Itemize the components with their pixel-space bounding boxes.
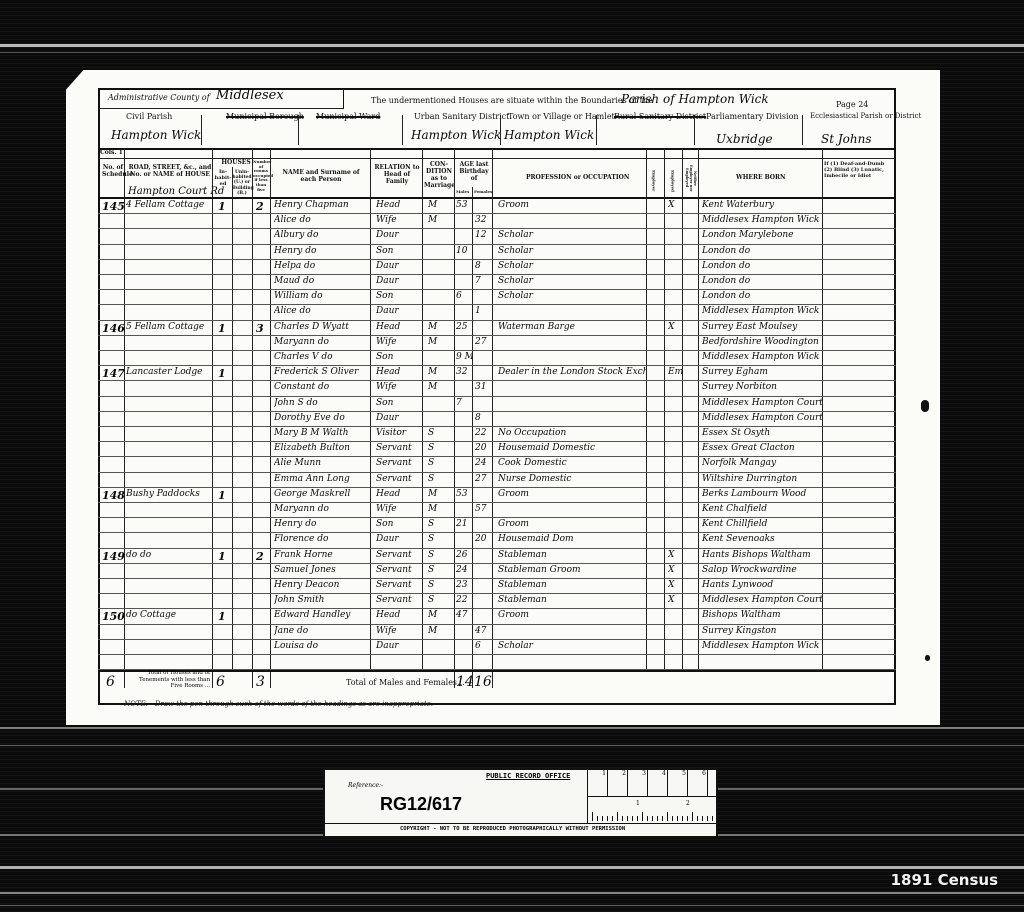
row-divider bbox=[98, 304, 896, 305]
page-number: Page 24 bbox=[836, 100, 868, 109]
relation: Wife bbox=[376, 215, 422, 225]
where-born: Kent Sevenoaks bbox=[702, 534, 822, 544]
where-born: Norfolk Mangay bbox=[702, 458, 822, 468]
division-label-parliamentary: Parliamentary Division bbox=[706, 112, 799, 121]
colhdr-employed: Employed bbox=[670, 170, 675, 192]
female-age: 1 bbox=[475, 306, 491, 316]
colhdr-rooms: Number of rooms occupied if less than fi… bbox=[253, 160, 269, 192]
occupation: Stableman bbox=[498, 595, 646, 605]
occupation: Stableman bbox=[498, 550, 646, 560]
female-age: 8 bbox=[475, 413, 491, 423]
inhabited: 1 bbox=[218, 367, 230, 380]
relation: Daur bbox=[376, 261, 422, 271]
row-divider bbox=[98, 213, 896, 214]
employed-mark: X bbox=[668, 595, 682, 605]
public-record-office-label: PUBLIC RECORD OFFICE bbox=[486, 772, 570, 780]
condition: S bbox=[428, 550, 452, 560]
ruler-tick bbox=[592, 812, 593, 821]
condition: S bbox=[428, 565, 452, 575]
division-label-civil-parish: Civil Parish bbox=[126, 112, 172, 121]
where-born: Hants Lynwood bbox=[702, 580, 822, 590]
row-divider bbox=[98, 517, 896, 518]
schedule-number: 145 bbox=[102, 200, 124, 213]
where-born: Bedfordshire Woodington bbox=[702, 337, 822, 347]
condition: S bbox=[428, 519, 452, 529]
ruler-tick bbox=[602, 816, 603, 821]
occupation: Groom bbox=[498, 519, 646, 529]
relation: Servant bbox=[376, 474, 422, 484]
female-age: 57 bbox=[475, 504, 491, 514]
ruler-tick bbox=[707, 816, 708, 821]
total-females: 16 bbox=[474, 674, 492, 690]
punch-hole bbox=[925, 655, 930, 661]
male-age: 24 bbox=[456, 565, 472, 575]
ruler-tick bbox=[672, 816, 673, 821]
condition: M bbox=[428, 382, 452, 392]
male-age: 9 Mo bbox=[456, 352, 472, 362]
colhdr-houses: HOUSES bbox=[216, 160, 256, 167]
male-age: 22 bbox=[456, 595, 472, 605]
person-name: John S do bbox=[274, 398, 370, 408]
background-stripe bbox=[0, 727, 1024, 729]
division-value-civil-parish: Hampton Wick bbox=[111, 128, 201, 142]
person-name: Frederick S Oliver bbox=[274, 367, 370, 377]
person-name: Elizabeth Bulton bbox=[274, 443, 370, 453]
condition: M bbox=[428, 215, 452, 225]
cm-mark: 6 bbox=[688, 770, 708, 796]
inch-mark: 1 bbox=[636, 800, 640, 807]
person-name: Dorothy Eve do bbox=[274, 413, 370, 423]
row-divider bbox=[98, 274, 896, 275]
division-label-village: Town or Village or Hamlet bbox=[508, 112, 615, 121]
row-divider bbox=[98, 502, 896, 503]
row-divider bbox=[98, 244, 896, 245]
address: 5 Fellam Cottage bbox=[126, 322, 212, 332]
colhdr-road: ROAD, STREET, &c., and No. or NAME of HO… bbox=[126, 165, 214, 179]
reference-label: Reference:- bbox=[348, 782, 383, 789]
census-sheet: Administrative County of Middlesex The u… bbox=[66, 70, 940, 725]
where-born: London do bbox=[702, 246, 822, 256]
person-name: Alie Munn bbox=[274, 458, 370, 468]
female-age: 24 bbox=[475, 458, 491, 468]
employed-mark: X bbox=[668, 322, 682, 332]
condition: M bbox=[428, 504, 452, 514]
colhdr-where-born: WHERE BORN bbox=[736, 175, 786, 182]
reference-number: RG12/617 bbox=[380, 794, 462, 815]
ruler-tick bbox=[702, 816, 703, 821]
relation: Daur bbox=[376, 641, 422, 651]
relation: Servant bbox=[376, 443, 422, 453]
ruler-tick bbox=[597, 816, 598, 821]
ruler-tick bbox=[647, 816, 648, 821]
condition: S bbox=[428, 474, 452, 484]
schedule-number: 147 bbox=[102, 367, 124, 380]
employed-mark: X bbox=[668, 550, 682, 560]
person-name: Charles D Wyatt bbox=[274, 322, 370, 332]
where-born: Middlesex Hampton Court bbox=[702, 398, 822, 408]
row-divider bbox=[98, 411, 896, 412]
relation: Head bbox=[376, 367, 422, 377]
person-name: Louisa do bbox=[274, 641, 370, 651]
relation: Wife bbox=[376, 382, 422, 392]
condition: S bbox=[428, 443, 452, 453]
male-age: 47 bbox=[456, 610, 472, 620]
division-label-rural-sanitary: Rural Sanitary District bbox=[614, 112, 706, 121]
row-divider bbox=[98, 426, 896, 427]
condition: S bbox=[428, 580, 452, 590]
relation: Son bbox=[376, 291, 422, 301]
where-born: Middlesex Hampton Wick bbox=[702, 306, 822, 316]
male-age: 10 bbox=[456, 246, 472, 256]
background-stripe bbox=[0, 44, 1024, 47]
colhdr-employer: Employer bbox=[651, 170, 656, 191]
ruler-tick bbox=[627, 816, 628, 821]
where-born: Salop Wrockwardine bbox=[702, 565, 822, 575]
person-name: Alice do bbox=[274, 215, 370, 225]
person-name: Henry Chapman bbox=[274, 200, 370, 210]
cm-mark: 2 bbox=[608, 770, 628, 796]
relation: Visitor bbox=[376, 428, 422, 438]
background-stripe bbox=[0, 866, 1024, 869]
occupation: Groom bbox=[498, 610, 646, 620]
male-age: 23 bbox=[456, 580, 472, 590]
row-divider bbox=[98, 532, 896, 533]
condition: M bbox=[428, 367, 452, 377]
where-born: Essex Great Clacton bbox=[702, 443, 822, 453]
person-name: Alice do bbox=[274, 306, 370, 316]
where-born: London do bbox=[702, 261, 822, 271]
person-name: Constant do bbox=[274, 382, 370, 392]
relation: Daur bbox=[376, 276, 422, 286]
row-divider bbox=[98, 472, 896, 473]
colhdr-name: NAME and Surname of each Person bbox=[276, 170, 366, 184]
female-age: 22 bbox=[475, 428, 491, 438]
where-born: Middlesex Hampton Wick bbox=[702, 215, 822, 225]
relation: Son bbox=[376, 246, 422, 256]
where-born: Kent Chalfield bbox=[702, 504, 822, 514]
occupation: Waterman Barge bbox=[498, 322, 646, 332]
relation: Wife bbox=[376, 626, 422, 636]
ruler-tick bbox=[642, 812, 643, 821]
where-born: Surrey Norbiton bbox=[702, 382, 822, 392]
where-born: Hants Bishops Waltham bbox=[702, 550, 822, 560]
rooms: 2 bbox=[256, 200, 268, 213]
occupation: Scholar bbox=[498, 246, 646, 256]
occupation: Stableman Groom bbox=[498, 565, 646, 575]
where-born: Kent Waterbury bbox=[702, 200, 822, 210]
where-born: Middlesex Hampton Court bbox=[702, 595, 822, 605]
relation: Wife bbox=[376, 337, 422, 347]
where-born: Middlesex Hampton Wick bbox=[702, 352, 822, 362]
copyright-notice: COPYRIGHT - NOT TO BE REPRODUCED PHOTOGR… bbox=[325, 823, 720, 835]
female-age: 27 bbox=[475, 337, 491, 347]
male-age: 32 bbox=[456, 367, 472, 377]
admin-county-label: Administrative County of bbox=[108, 93, 210, 102]
female-age: 12 bbox=[475, 230, 491, 240]
total-males: 14 bbox=[456, 674, 474, 690]
reference-slip: PUBLIC RECORD OFFICE Reference:- RG12/61… bbox=[323, 768, 718, 838]
total-schedules: 6 bbox=[106, 674, 115, 690]
punch-hole bbox=[921, 400, 929, 412]
male-age: 53 bbox=[456, 200, 472, 210]
division-value-parliamentary: Uxbridge bbox=[716, 132, 773, 146]
colhdr-males: Males bbox=[456, 190, 469, 195]
schedule-number: 150 bbox=[102, 610, 124, 623]
male-age: 6 bbox=[456, 291, 472, 301]
where-born: Berks Lambourn Wood bbox=[702, 489, 822, 499]
row-divider bbox=[98, 320, 896, 321]
colhdr-neither: Neither Employer nor Employed bbox=[685, 162, 697, 194]
person-name: William do bbox=[274, 291, 370, 301]
inhabited: 1 bbox=[218, 322, 230, 335]
row-divider bbox=[98, 654, 896, 655]
where-born: Middlesex Hampton Court bbox=[702, 413, 822, 423]
ruler-tick bbox=[692, 812, 693, 821]
male-age: 25 bbox=[456, 322, 472, 332]
female-age: 20 bbox=[475, 534, 491, 544]
colhdr-uninhabited: Unin-habited (U.) or Building (B.) bbox=[232, 170, 252, 196]
division-value-ecclesiastical: St Johns bbox=[821, 132, 872, 146]
colhdr-females: Females bbox=[474, 190, 492, 195]
occupation: Groom bbox=[498, 489, 646, 499]
row-divider bbox=[98, 396, 896, 397]
ruler-tick bbox=[617, 812, 618, 821]
relation: Son bbox=[376, 352, 422, 362]
address: do Cottage bbox=[126, 610, 212, 620]
relation: Daur bbox=[376, 534, 422, 544]
ruler-tick bbox=[612, 816, 613, 821]
schedule-number: 149 bbox=[102, 550, 124, 563]
division-label-urban-sanitary: Urban Sanitary District bbox=[414, 112, 509, 121]
person-name: Mary B M Walth bbox=[274, 428, 370, 438]
colnum-1: Cols. 1 bbox=[100, 150, 123, 157]
background-stripe bbox=[0, 52, 1024, 53]
relation: Servant bbox=[376, 458, 422, 468]
occupation: Nurse Domestic bbox=[498, 474, 646, 484]
occupation: Scholar bbox=[498, 291, 646, 301]
where-born: London do bbox=[702, 276, 822, 286]
ruler-tick bbox=[717, 812, 718, 821]
relation: Head bbox=[376, 489, 422, 499]
relation: Servant bbox=[376, 580, 422, 590]
address: do do bbox=[126, 550, 212, 560]
row-divider bbox=[98, 289, 896, 290]
occupation: Scholar bbox=[498, 641, 646, 651]
relation: Son bbox=[376, 398, 422, 408]
division-label-ecclesiastical: Ecclesiastical Parish or District bbox=[810, 112, 921, 120]
cm-mark: 4 bbox=[648, 770, 668, 796]
ruler-tick bbox=[622, 816, 623, 821]
boundaries-label: The undermentioned Houses are situate wi… bbox=[371, 96, 653, 105]
cm-mark: 5 bbox=[668, 770, 688, 796]
colhdr-relation: RELATION to Head of Family bbox=[372, 165, 422, 186]
total-rooms: 3 bbox=[256, 674, 265, 690]
schedule-number: 148 bbox=[102, 489, 124, 502]
person-name: Maryann do bbox=[274, 337, 370, 347]
employed-mark: Employer bbox=[668, 367, 682, 377]
where-born: Middlesex Hampton Wick bbox=[702, 641, 822, 651]
row-divider bbox=[98, 441, 896, 442]
background-stripe bbox=[0, 905, 1024, 906]
row-divider bbox=[98, 593, 896, 594]
person-name: Jane do bbox=[274, 626, 370, 636]
row-divider bbox=[98, 456, 896, 457]
row-divider bbox=[98, 228, 896, 229]
ruler-tick bbox=[667, 812, 668, 821]
colhdr-profession: PROFESSION or OCCUPATION bbox=[526, 175, 629, 182]
inhabited: 1 bbox=[218, 200, 230, 213]
boundaries-value: Parish of Hampton Wick bbox=[621, 92, 769, 106]
ruler-tick bbox=[607, 816, 608, 821]
person-name: Henry Deacon bbox=[274, 580, 370, 590]
condition: M bbox=[428, 322, 452, 332]
row-divider bbox=[98, 350, 896, 351]
division-value-urban-sanitary: Hampton Wick bbox=[411, 128, 501, 142]
person-name: Edward Handley bbox=[274, 610, 370, 620]
admin-county-value: Middlesex bbox=[216, 88, 284, 103]
division-label-municipal-borough: Municipal Borough bbox=[226, 112, 304, 121]
female-age: 47 bbox=[475, 626, 491, 636]
ruler-tick bbox=[632, 816, 633, 821]
occupation: Scholar bbox=[498, 276, 646, 286]
female-age: 6 bbox=[475, 641, 491, 651]
where-born: London do bbox=[702, 291, 822, 301]
female-age: 20 bbox=[475, 443, 491, 453]
ruler-tick bbox=[652, 816, 653, 821]
address: Bushy Paddocks bbox=[126, 489, 212, 499]
condition: M bbox=[428, 337, 452, 347]
condition: S bbox=[428, 458, 452, 468]
rooms: 3 bbox=[256, 322, 268, 335]
person-name: John Smith bbox=[274, 595, 370, 605]
male-age: 26 bbox=[456, 550, 472, 560]
person-name: Henry do bbox=[274, 519, 370, 529]
person-name: Albury do bbox=[274, 230, 370, 240]
road-written: Hampton Court Rd bbox=[128, 186, 224, 197]
ruler-tick bbox=[657, 816, 658, 821]
occupation: Housemaid Dom bbox=[498, 534, 646, 544]
person-name: Emma Ann Long bbox=[274, 474, 370, 484]
person-name: Florence do bbox=[274, 534, 370, 544]
cm-mark: 3 bbox=[628, 770, 648, 796]
background-stripe bbox=[0, 745, 1024, 746]
occupation: Housemaid Domestic bbox=[498, 443, 646, 453]
employed-mark: X bbox=[668, 565, 682, 575]
row-divider bbox=[98, 548, 896, 549]
colhdr-schedule: No. of Schedule bbox=[102, 165, 124, 179]
colhdr-infirmity: If (1) Deaf-and-Dumb (2) Blind (3) Lunat… bbox=[824, 162, 894, 179]
schedule-number: 146 bbox=[102, 322, 124, 335]
background-stripe bbox=[0, 892, 1024, 894]
condition: M bbox=[428, 200, 452, 210]
occupation: Scholar bbox=[498, 261, 646, 271]
where-born: Kent Chillfield bbox=[702, 519, 822, 529]
person-name: Samuel Jones bbox=[274, 565, 370, 575]
row-divider bbox=[98, 624, 896, 625]
rooms: 2 bbox=[256, 550, 268, 563]
female-age: 27 bbox=[475, 474, 491, 484]
condition: S bbox=[428, 595, 452, 605]
ruler-tick bbox=[682, 816, 683, 821]
row-divider bbox=[98, 608, 896, 609]
condition: M bbox=[428, 626, 452, 636]
ruler-tick bbox=[697, 816, 698, 821]
occupation: Dealer in the London Stock Exch bbox=[498, 367, 646, 377]
employed-mark: X bbox=[668, 580, 682, 590]
ruler-tick bbox=[677, 816, 678, 821]
relation: Servant bbox=[376, 565, 422, 575]
row-divider bbox=[98, 578, 896, 579]
male-age: 21 bbox=[456, 519, 472, 529]
address: 4 Fellam Cottage bbox=[126, 200, 212, 210]
relation: Servant bbox=[376, 550, 422, 560]
person-name: Maud do bbox=[274, 276, 370, 286]
relation: Daur bbox=[376, 306, 422, 316]
relation: Wife bbox=[376, 504, 422, 514]
totals-persons-label: Total of Males and Females... bbox=[346, 678, 465, 687]
employed-mark: X bbox=[668, 200, 682, 210]
where-born: Surrey East Moulsey bbox=[702, 322, 822, 332]
person-name: George Maskrell bbox=[274, 489, 370, 499]
occupation: Cook Domestic bbox=[498, 458, 646, 468]
colhdr-age: AGE last Birthday of bbox=[456, 162, 492, 183]
row-divider bbox=[98, 365, 896, 366]
where-born: Wiltshire Durrington bbox=[702, 474, 822, 484]
condition: S bbox=[428, 534, 452, 544]
total-houses: 6 bbox=[216, 674, 225, 690]
colhdr-condition: CON-DITION as to Marriage bbox=[424, 162, 454, 190]
where-born: Bishops Waltham bbox=[702, 610, 822, 620]
ruler-tick bbox=[637, 816, 638, 821]
female-age: 7 bbox=[475, 276, 491, 286]
ruler-tick bbox=[712, 816, 713, 821]
division-value-village: Hampton Wick bbox=[504, 128, 594, 142]
address: Lancaster Lodge bbox=[126, 367, 212, 377]
female-age: 31 bbox=[475, 382, 491, 392]
person-name: Henry do bbox=[274, 246, 370, 256]
person-name: Charles V do bbox=[274, 352, 370, 362]
person-name: Maryann do bbox=[274, 504, 370, 514]
colhdr-inhabited: In-habit-ed bbox=[214, 170, 232, 187]
occupation: Groom bbox=[498, 200, 646, 210]
occupation: No Occupation bbox=[498, 428, 646, 438]
occupation: Stableman bbox=[498, 580, 646, 590]
person-name: Frank Horne bbox=[274, 550, 370, 560]
male-age: 7 bbox=[456, 398, 472, 408]
cm-mark: 1 bbox=[588, 770, 608, 796]
totals-houses-label: Total of Houses and of Tenements with le… bbox=[128, 670, 210, 690]
row-divider bbox=[98, 259, 896, 260]
relation: Servant bbox=[376, 595, 422, 605]
inch-mark: 2 bbox=[686, 800, 690, 807]
inhabited: 1 bbox=[218, 550, 230, 563]
inhabited: 1 bbox=[218, 489, 230, 502]
occupation: Scholar bbox=[498, 230, 646, 240]
relation: Daur bbox=[376, 413, 422, 423]
inhabited: 1 bbox=[218, 610, 230, 623]
where-born: Surrey Egham bbox=[702, 367, 822, 377]
census-year-watermark: 1891 Census bbox=[891, 871, 998, 889]
where-born: Essex St Osyth bbox=[702, 428, 822, 438]
where-born: Surrey Kingston bbox=[702, 626, 822, 636]
relation: Dour bbox=[376, 230, 422, 240]
where-born: London Marylebone bbox=[702, 230, 822, 240]
row-divider bbox=[98, 639, 896, 640]
condition: S bbox=[428, 428, 452, 438]
person-name: Helpa do bbox=[274, 261, 370, 271]
relation: Head bbox=[376, 610, 422, 620]
male-age: 53 bbox=[456, 489, 472, 499]
